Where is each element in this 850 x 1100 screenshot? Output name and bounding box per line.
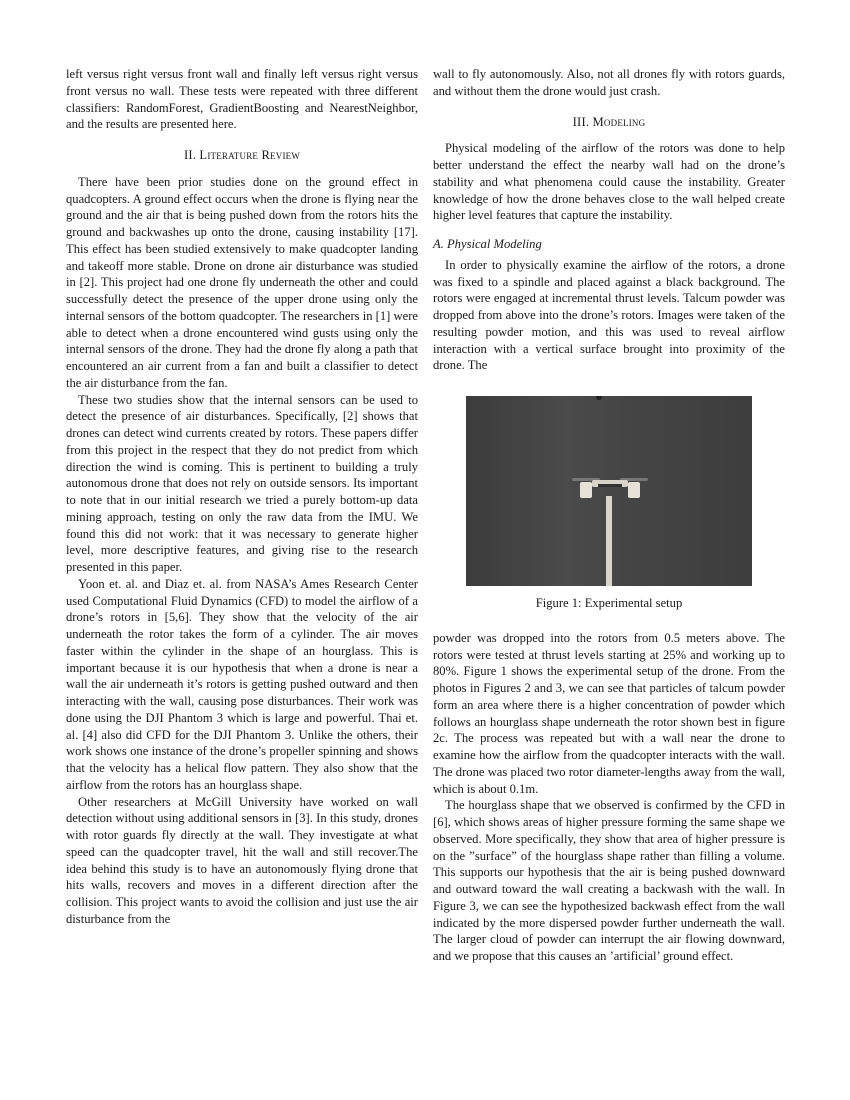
spindle-pole <box>606 496 612 586</box>
body-paragraph: There have been prior studies done on th… <box>66 174 418 392</box>
body-paragraph: powder was dropped into the rotors from … <box>433 630 785 798</box>
continuation-paragraph: wall to fly autonomously. Also, not all … <box>433 66 785 100</box>
left-column: left versus right versus front wall and … <box>66 66 418 928</box>
body-paragraph: In order to physically examine the airfl… <box>433 257 785 374</box>
section-heading-modeling: III. Modeling <box>433 114 785 131</box>
drone-battery <box>598 484 622 487</box>
figure-1: Figure 1: Experimental setup <box>433 396 785 612</box>
body-paragraph: These two studies show that the internal… <box>66 392 418 576</box>
intro-continuation-paragraph: left versus right versus front wall and … <box>66 66 418 133</box>
motor-leg-right <box>628 482 640 498</box>
figure-caption: Figure 1: Experimental setup <box>433 595 785 612</box>
right-column: wall to fly autonomously. Also, not all … <box>433 66 785 965</box>
section-heading-literature-review: II. Literature Review <box>66 147 418 164</box>
body-paragraph: The hourglass shape that we observed is … <box>433 797 785 965</box>
body-paragraph: Physical modeling of the airflow of the … <box>433 140 785 224</box>
experimental-setup-photo <box>466 396 752 586</box>
subsection-heading-physical-modeling: A. Physical Modeling <box>433 236 785 253</box>
motor-leg-left <box>580 482 592 498</box>
body-paragraph: Other researchers at McGill University h… <box>66 794 418 928</box>
body-paragraph: Yoon et. al. and Diaz et. al. from NASA’… <box>66 576 418 794</box>
overhead-fixture <box>596 396 602 400</box>
